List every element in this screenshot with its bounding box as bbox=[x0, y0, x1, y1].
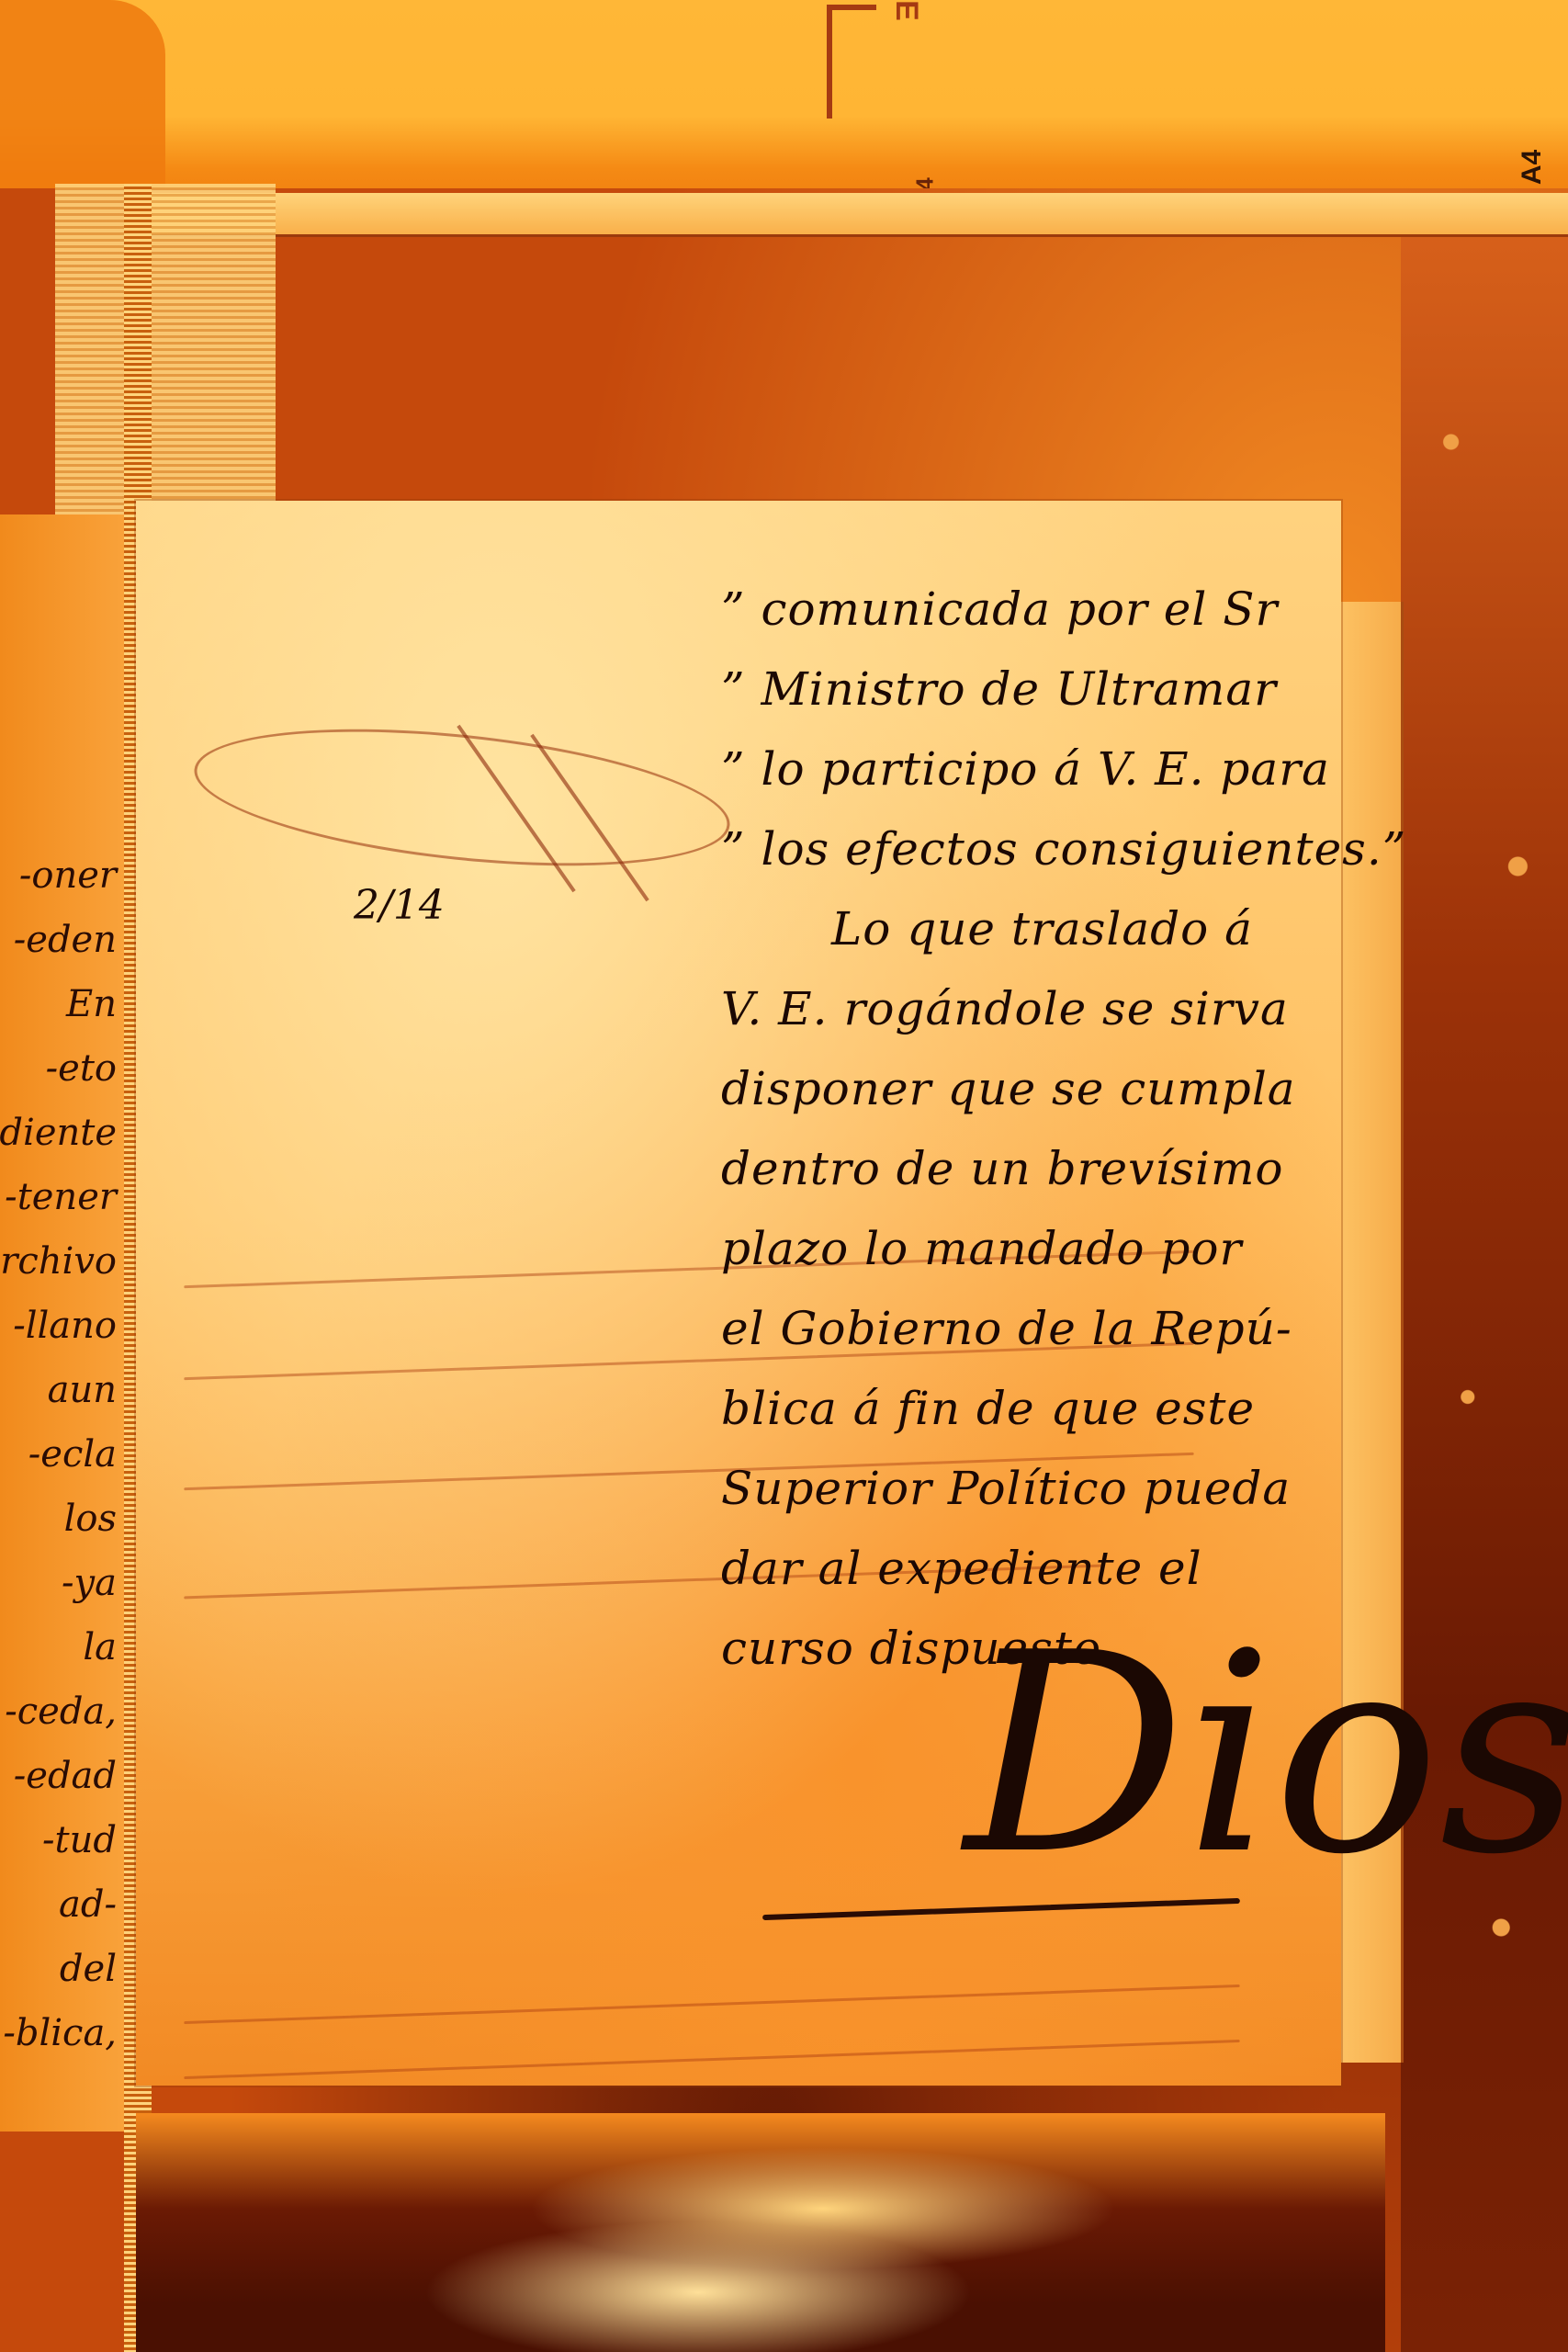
left-page-line: -ceda, bbox=[5, 1690, 117, 1733]
left-page-line: del bbox=[60, 1948, 117, 1990]
left-page-line: -llano bbox=[13, 1305, 117, 1347]
crop-corner-marker bbox=[827, 5, 876, 119]
manuscript-line: Superior Político pueda bbox=[721, 1449, 1355, 1529]
left-page-line: -diente bbox=[0, 1112, 117, 1154]
background-wall bbox=[0, 0, 1568, 211]
left-page-line: -blica, bbox=[3, 2012, 117, 2054]
left-page-line: -tud bbox=[42, 1819, 117, 1861]
mottled-binder-edge bbox=[1401, 230, 1568, 2352]
manuscript-line: ” Ministro de Ultramar bbox=[721, 650, 1355, 729]
left-page-fragment: -oner -eden En -eto -diente -tener -rchi… bbox=[0, 514, 124, 2131]
shadow bbox=[0, 0, 165, 211]
manuscript-line: plazo lo mandado por bbox=[721, 1209, 1355, 1289]
manuscript-line: V. E. rogándole se sirva bbox=[721, 969, 1355, 1049]
folio-number: 2/14 bbox=[354, 882, 445, 929]
protective-sleeve-bottom bbox=[136, 2113, 1385, 2352]
manuscript-text: ” comunicada por el Sr ” Ministro de Ult… bbox=[721, 570, 1355, 1689]
left-page-line: En bbox=[66, 983, 117, 1025]
manuscript-line: ” los efectos consiguientes.” bbox=[721, 809, 1355, 889]
closing-word: Dios bbox=[964, 1617, 1568, 1893]
manuscript-line: disponer que se cumpla bbox=[721, 1049, 1355, 1129]
left-page-line: la bbox=[83, 1626, 117, 1668]
gauze-binding bbox=[55, 184, 276, 514]
left-page-line: aun bbox=[48, 1369, 117, 1411]
left-page-line: -ya bbox=[62, 1562, 117, 1604]
folder-label: A4 bbox=[1517, 150, 1548, 185]
crop-marker-letter: E bbox=[888, 0, 924, 21]
manuscript-line: dentro de un brevísimo bbox=[721, 1129, 1355, 1209]
left-page-line: -oner bbox=[19, 854, 117, 897]
manuscript-line: blica á fin de que este bbox=[721, 1369, 1355, 1449]
manuscript-line: ” lo participo á V. E. para bbox=[721, 729, 1355, 809]
left-page-line: los bbox=[64, 1498, 117, 1540]
left-page-line: -edad bbox=[14, 1755, 117, 1797]
left-page-line: -eto bbox=[46, 1047, 117, 1090]
left-page-line: -rchivo bbox=[0, 1240, 117, 1283]
left-page-line: -tener bbox=[5, 1176, 117, 1218]
manuscript-line: Lo que traslado á bbox=[721, 889, 1355, 969]
manuscript-line: el Gobierno de la Repú- bbox=[721, 1289, 1355, 1369]
protective-sleeve-top bbox=[129, 193, 1568, 237]
manuscript-line: ” comunicada por el Sr bbox=[721, 570, 1355, 650]
left-page-line: ad- bbox=[59, 1883, 117, 1926]
left-page-line: -ecla bbox=[28, 1433, 117, 1476]
left-page-line: -eden bbox=[14, 919, 117, 961]
